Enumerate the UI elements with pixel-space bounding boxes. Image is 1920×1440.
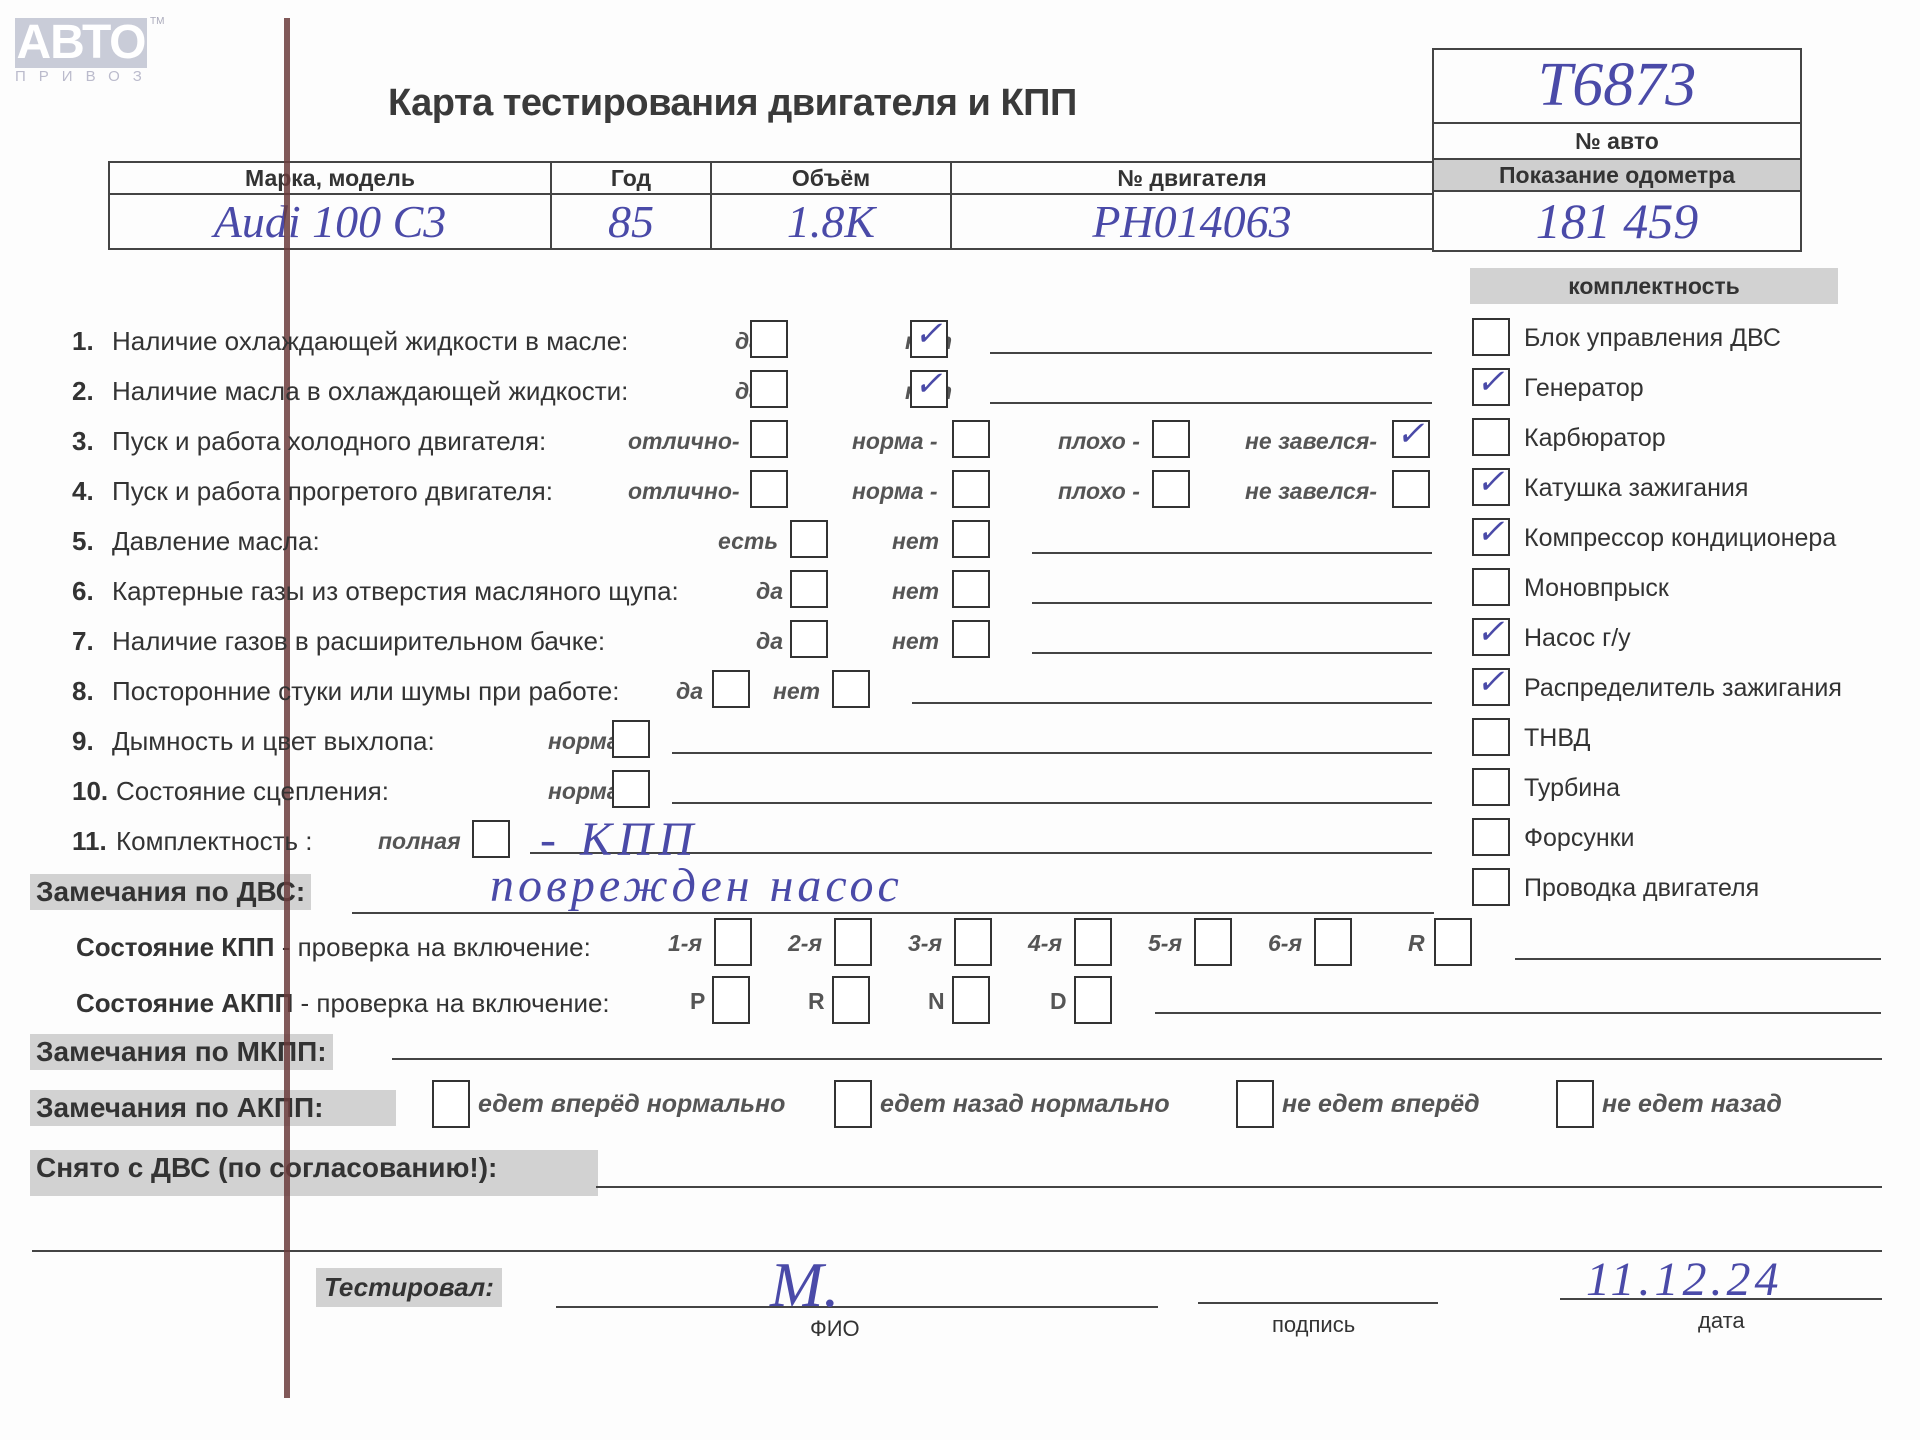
logo: АВТО xyxy=(15,18,147,68)
question-number: 8. xyxy=(72,676,94,707)
gear-checkbox[interactable] xyxy=(832,976,870,1024)
manual-gearbox-label: Состояние КПП - проверка на включение: xyxy=(76,932,591,963)
header-volume: Объём xyxy=(711,162,951,194)
date-field[interactable]: 11.12.24 xyxy=(1586,1252,1782,1307)
check-mark-icon: ✓ xyxy=(1476,662,1505,702)
question-number: 3. xyxy=(72,426,94,457)
question-text: Картерные газы из отверстия масляного щу… xyxy=(112,576,679,607)
option-checkbox[interactable]: ✓ xyxy=(910,370,948,408)
kit-item-label: Распределитель зажигания xyxy=(1524,674,1842,703)
question-note-line[interactable] xyxy=(672,802,1432,804)
question-text: Пуск и работа холодного двигателя: xyxy=(112,426,546,457)
kit-checkbox[interactable] xyxy=(1472,418,1510,456)
kit-checkbox[interactable] xyxy=(1472,568,1510,606)
kit-item-label: Катушка зажигания xyxy=(1524,474,1748,503)
question-number: 9. xyxy=(72,726,94,757)
akpp-remark-checkbox[interactable] xyxy=(1556,1080,1594,1128)
odometer-label: Показание одометра xyxy=(1434,160,1800,192)
question-number: 7. xyxy=(72,626,94,657)
option-checkbox[interactable] xyxy=(472,820,510,858)
question-text: Комплектность : xyxy=(116,826,313,857)
question-number: 1. xyxy=(72,326,94,357)
option-checkbox[interactable] xyxy=(750,420,788,458)
question-text: Пуск и работа прогретого двигателя: xyxy=(112,476,553,507)
signature-field[interactable] xyxy=(1198,1302,1438,1304)
kit-item-label: Турбина xyxy=(1524,774,1620,803)
kit-item-label: Карбюратор xyxy=(1524,424,1666,453)
question-note-line[interactable] xyxy=(1032,602,1432,604)
option-label: норма - xyxy=(852,428,938,455)
question-note-line[interactable] xyxy=(990,402,1432,404)
akpp-remark-label: едет вперёд нормально xyxy=(478,1090,785,1119)
check-mark-icon: ✓ xyxy=(1476,612,1505,652)
check-mark-icon: ✓ xyxy=(1476,462,1505,502)
auto-gearbox-label-rest: - проверка на включение: xyxy=(293,988,609,1018)
check-mark-icon: ✓ xyxy=(1396,414,1425,454)
engine-remarks-label: Замечания по ДВС: xyxy=(30,874,311,910)
check-mark-icon: ✓ xyxy=(1476,512,1505,552)
kit-item-label: Насос г/у xyxy=(1524,624,1631,653)
gear-label: P xyxy=(690,988,705,1015)
option-checkbox[interactable] xyxy=(832,670,870,708)
question-text: Состояние сцепления: xyxy=(116,776,389,807)
make-model-field[interactable]: Audi 100 C3 xyxy=(109,194,551,249)
binding-margin-line xyxy=(284,18,290,1398)
gear-checkbox[interactable] xyxy=(952,976,990,1024)
kit-checkbox[interactable]: ✓ xyxy=(1472,668,1510,706)
kit-checkbox[interactable] xyxy=(1472,868,1510,906)
question-note-line[interactable] xyxy=(1032,552,1432,554)
question-text: Наличие газов в расширительном бачке: xyxy=(112,626,605,657)
question-note-line[interactable] xyxy=(1032,652,1432,654)
gear-checkbox[interactable] xyxy=(714,918,752,966)
kit-checkbox[interactable] xyxy=(1472,718,1510,756)
manual-gearbox-label-rest: - проверка на включение: xyxy=(275,932,591,962)
question-number: 2. xyxy=(72,376,94,407)
option-checkbox[interactable] xyxy=(750,370,788,408)
akpp-remark-checkbox[interactable] xyxy=(1236,1080,1274,1128)
kit-checkbox[interactable]: ✓ xyxy=(1472,368,1510,406)
option-label: да xyxy=(756,578,783,605)
date-caption: дата xyxy=(1698,1308,1745,1334)
gear-label: R xyxy=(808,988,825,1015)
akpp-remark-label: едет назад нормально xyxy=(880,1090,1170,1119)
option-checkbox[interactable] xyxy=(790,520,828,558)
tested-by-label: Тестировал: xyxy=(316,1268,502,1307)
option-checkbox[interactable] xyxy=(790,620,828,658)
question-note-field[interactable]: - КПП xyxy=(540,812,699,867)
option-checkbox[interactable] xyxy=(1392,470,1430,508)
question-note-line[interactable] xyxy=(990,352,1432,354)
question-number: 4. xyxy=(72,476,94,507)
kit-item-label: Блок управления ДВС xyxy=(1524,324,1781,353)
option-checkbox[interactable] xyxy=(952,470,990,508)
option-label: норма xyxy=(548,728,620,755)
akpp-remarks-label: Замечания по АКПП: xyxy=(30,1090,396,1126)
option-checkbox[interactable] xyxy=(952,520,990,558)
tested-by-name-field[interactable]: М. xyxy=(770,1248,839,1322)
removed-label: Снято с ДВС (по согласованию!): xyxy=(30,1150,598,1196)
option-checkbox[interactable]: ✓ xyxy=(1392,420,1430,458)
logo-trademark: TM xyxy=(150,16,164,27)
option-checkbox[interactable] xyxy=(750,470,788,508)
kit-item-label: Моновпрыск xyxy=(1524,574,1669,603)
signature-caption: подпись xyxy=(1272,1312,1355,1338)
kit-checkbox[interactable]: ✓ xyxy=(1472,468,1510,506)
gear-label: 2-я xyxy=(788,930,822,957)
option-label: полная xyxy=(378,828,461,855)
gear-checkbox[interactable] xyxy=(1194,918,1232,966)
kit-header: комплектность xyxy=(1470,268,1838,304)
kit-checkbox[interactable] xyxy=(1472,818,1510,856)
option-checkbox[interactable] xyxy=(612,770,650,808)
check-mark-icon: ✓ xyxy=(914,364,943,404)
question-number: 11. xyxy=(72,826,107,857)
name-caption: ФИО xyxy=(810,1316,860,1342)
akpp-remark-label: не едет назад xyxy=(1602,1090,1782,1119)
kit-checkbox[interactable] xyxy=(1472,768,1510,806)
gear-label: 3-я xyxy=(908,930,942,957)
option-checkbox[interactable] xyxy=(712,670,750,708)
year-field[interactable]: 85 xyxy=(551,194,711,249)
option-label: отлично- xyxy=(628,478,740,505)
vehicle-table: Марка, модель Год Объём № двигателя Audi… xyxy=(108,161,1434,250)
question-note-line[interactable] xyxy=(672,752,1432,754)
option-checkbox[interactable] xyxy=(612,720,650,758)
gear-checkbox[interactable] xyxy=(1074,976,1112,1024)
option-label: нет xyxy=(773,678,820,705)
header-year: Год xyxy=(551,162,711,194)
option-checkbox[interactable] xyxy=(952,420,990,458)
option-label: да xyxy=(756,628,783,655)
engine-number-field[interactable]: PH014063 xyxy=(951,194,1433,249)
option-label: не завелся- xyxy=(1245,428,1377,455)
mkpp-remarks-field[interactable] xyxy=(392,1058,1882,1060)
check-mark-icon: ✓ xyxy=(1476,362,1505,402)
odometer-field[interactable]: 181 459 xyxy=(1434,192,1800,250)
gear-label: N xyxy=(928,988,945,1015)
header-engine-number: № двигателя xyxy=(951,162,1433,194)
option-checkbox[interactable] xyxy=(750,320,788,358)
check-mark-icon: ✓ xyxy=(914,314,943,354)
question-number: 10. xyxy=(72,776,108,807)
gear-label: D xyxy=(1050,988,1067,1015)
option-label: есть xyxy=(718,528,778,555)
header-make-model: Марка, модель xyxy=(109,162,551,194)
question-text: Наличие масла в охлаждающей жидкости: xyxy=(112,376,628,407)
option-label: плохо - xyxy=(1058,478,1140,505)
question-number: 6. xyxy=(72,576,94,607)
logo-subtitle: ПРИВОЗ xyxy=(15,68,155,85)
gear-checkbox[interactable] xyxy=(834,918,872,966)
option-label: плохо - xyxy=(1058,428,1140,455)
gear-label: 6-я xyxy=(1268,930,1302,957)
removed-field[interactable] xyxy=(596,1186,1882,1188)
kit-item-label: Форсунки xyxy=(1524,824,1635,853)
akpp-remark-label: не едет вперёд xyxy=(1282,1090,1480,1119)
option-label: нет xyxy=(892,528,939,555)
option-label: норма xyxy=(548,778,620,805)
gear-checkbox[interactable] xyxy=(712,976,750,1024)
kit-checkbox[interactable]: ✓ xyxy=(1472,618,1510,656)
gear-checkbox[interactable] xyxy=(1314,918,1352,966)
manual-gearbox-line xyxy=(1515,958,1881,960)
kit-item-label: Проводка двигателя xyxy=(1524,874,1759,903)
option-label: нет xyxy=(892,628,939,655)
kit-checkbox[interactable] xyxy=(1472,318,1510,356)
volume-field[interactable]: 1.8K xyxy=(711,194,951,249)
auto-gearbox-label: Состояние АКПП - проверка на включение: xyxy=(76,988,610,1019)
question-note-line[interactable] xyxy=(912,702,1432,704)
option-label: норма - xyxy=(852,478,938,505)
akpp-remark-checkbox[interactable] xyxy=(834,1080,872,1128)
option-checkbox[interactable] xyxy=(1152,470,1190,508)
option-checkbox[interactable] xyxy=(952,570,990,608)
option-checkbox[interactable] xyxy=(952,620,990,658)
kit-checkbox[interactable]: ✓ xyxy=(1472,518,1510,556)
auto-number-field[interactable]: Т6873 xyxy=(1434,50,1800,124)
tested-by-name-line xyxy=(556,1306,1158,1308)
kit-item-label: ТНВД xyxy=(1524,724,1590,753)
question-text: Давление масла: xyxy=(112,526,320,557)
option-checkbox[interactable] xyxy=(790,570,828,608)
question-text: Посторонние стуки или шумы при работе: xyxy=(112,676,619,707)
gear-checkbox[interactable] xyxy=(954,918,992,966)
gear-label: 1-я xyxy=(668,930,702,957)
gear-checkbox[interactable] xyxy=(1074,918,1112,966)
manual-gearbox-label-bold: Состояние КПП xyxy=(76,932,275,962)
page-title: Карта тестирования двигателя и КПП xyxy=(388,82,1077,125)
auto-box: Т6873 № авто Показание одометра 181 459 xyxy=(1432,48,1802,252)
question-number: 5. xyxy=(72,526,94,557)
gear-label: 4-я xyxy=(1028,930,1062,957)
question-text: Наличие охлаждающей жидкости в масле: xyxy=(112,326,628,357)
gear-checkbox[interactable] xyxy=(1434,918,1472,966)
option-label: отлично- xyxy=(628,428,740,455)
akpp-remark-checkbox[interactable] xyxy=(432,1080,470,1128)
gear-label: R xyxy=(1408,930,1425,957)
option-label: нет xyxy=(892,578,939,605)
option-checkbox[interactable] xyxy=(1152,420,1190,458)
auto-gearbox-line xyxy=(1155,1012,1881,1014)
option-label: не завелся- xyxy=(1245,478,1377,505)
auto-gearbox-label-bold: Состояние АКПП xyxy=(76,988,293,1018)
gear-label: 5-я xyxy=(1148,930,1182,957)
kit-item-label: Генератор xyxy=(1524,374,1644,403)
auto-number-label: № авто xyxy=(1434,124,1800,160)
option-checkbox[interactable]: ✓ xyxy=(910,320,948,358)
question-text: Дымность и цвет выхлопа: xyxy=(112,726,435,757)
option-label: да xyxy=(676,678,703,705)
kit-item-label: Компрессор кондиционера xyxy=(1524,524,1836,553)
